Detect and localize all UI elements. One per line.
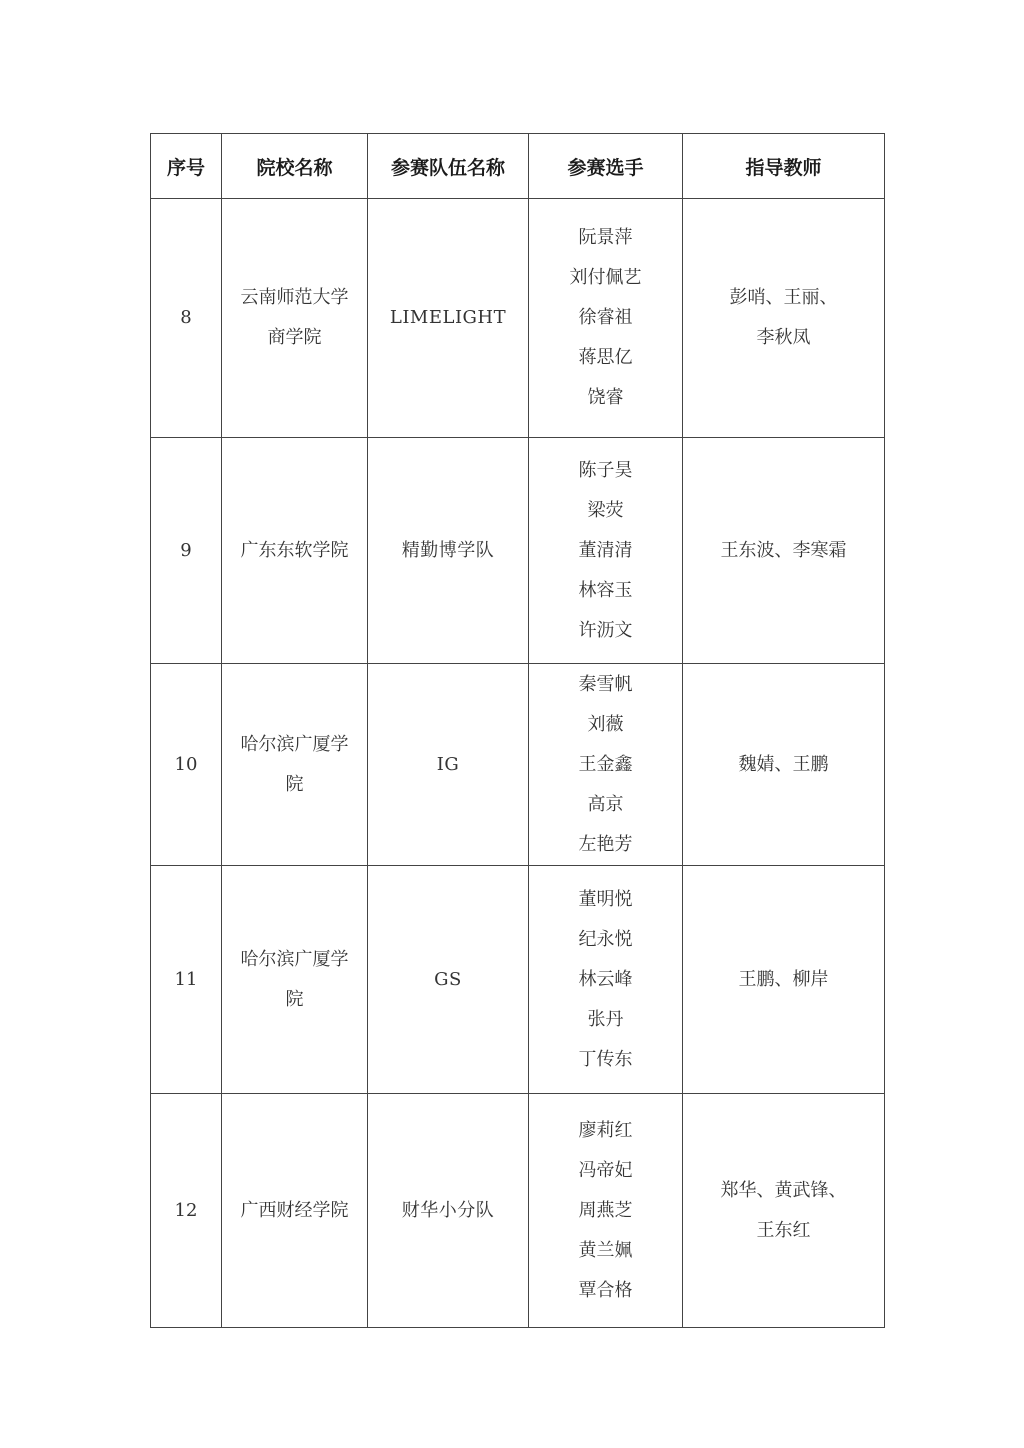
advisors-cell: 王鹏、柳岸: [683, 866, 885, 1094]
school-name: 广西财经学院: [222, 1094, 368, 1328]
advisor-line: 王东红: [689, 1211, 878, 1251]
player-name: 徐睿祖: [535, 298, 676, 338]
team-name: LIMELIGHT: [368, 199, 529, 438]
players-cell: 廖莉红 冯帝妃 周燕芝 黄兰姵 覃合格: [529, 1094, 683, 1328]
table-row: 12 广西财经学院 财华小分队 廖莉红 冯帝妃 周燕芝 黄兰姵 覃合格 郑华、黄…: [151, 1094, 885, 1328]
advisors-cell: 郑华、黄武锋、 王东红: [683, 1094, 885, 1328]
school-name-line: 哈尔滨广厦学: [228, 940, 361, 980]
school-name-line: 云南师范大学: [228, 278, 361, 318]
player-name: 冯帝妃: [535, 1151, 676, 1191]
player-name: 丁传东: [535, 1040, 676, 1080]
player-name: 林云峰: [535, 960, 676, 1000]
player-name: 蒋思亿: [535, 338, 676, 378]
players-cell: 阮景萍 刘付佩艺 徐睿祖 蒋思亿 饶睿: [529, 199, 683, 438]
team-name: GS: [368, 866, 529, 1094]
row-index: 8: [151, 199, 222, 438]
player-name: 高京: [535, 785, 676, 825]
school-name-line: 广西财经学院: [228, 1191, 361, 1231]
advisor-line: 郑华、黄武锋、: [689, 1171, 878, 1211]
player-name: 梁荧: [535, 491, 676, 531]
school-name-line: 广东东软学院: [228, 531, 361, 571]
players-cell: 陈子昊 梁荧 董清清 林容玉 许沥文: [529, 438, 683, 664]
table-row: 11 哈尔滨广厦学 院 GS 董明悦 纪永悦 林云峰 张丹 丁传东 王鹏、柳岸: [151, 866, 885, 1094]
player-name: 黄兰姵: [535, 1231, 676, 1271]
header-school: 院校名称: [222, 134, 368, 199]
player-name: 覃合格: [535, 1271, 676, 1311]
table-row: 8 云南师范大学 商学院 LIMELIGHT 阮景萍 刘付佩艺 徐睿祖 蒋思亿 …: [151, 199, 885, 438]
players-cell: 董明悦 纪永悦 林云峰 张丹 丁传东: [529, 866, 683, 1094]
player-name: 张丹: [535, 1000, 676, 1040]
team-name: 财华小分队: [368, 1094, 529, 1328]
team-name: 精勤博学队: [368, 438, 529, 664]
school-name: 哈尔滨广厦学 院: [222, 664, 368, 866]
header-index: 序号: [151, 134, 222, 199]
player-name: 廖莉红: [535, 1111, 676, 1151]
school-name: 哈尔滨广厦学 院: [222, 866, 368, 1094]
row-index: 10: [151, 664, 222, 866]
player-name: 秦雪帆: [535, 665, 676, 705]
row-index: 12: [151, 1094, 222, 1328]
advisor-line: 王东波、李寒霜: [689, 531, 878, 571]
school-name: 云南师范大学 商学院: [222, 199, 368, 438]
player-name: 陈子昊: [535, 451, 676, 491]
player-name: 刘付佩艺: [535, 258, 676, 298]
advisors-cell: 魏婧、王鹏: [683, 664, 885, 866]
player-name: 林容玉: [535, 571, 676, 611]
school-name: 广东东软学院: [222, 438, 368, 664]
advisors-cell: 彭哨、王丽、 李秋凤: [683, 199, 885, 438]
header-row: 序号 院校名称 参赛队伍名称 参赛选手 指导教师: [151, 134, 885, 199]
player-name: 王金鑫: [535, 745, 676, 785]
team-name: IG: [368, 664, 529, 866]
player-name: 许沥文: [535, 611, 676, 651]
advisor-line: 魏婧、王鹏: [689, 745, 878, 785]
school-name-line: 院: [228, 980, 361, 1020]
player-name: 董明悦: [535, 880, 676, 920]
advisor-line: 王鹏、柳岸: [689, 960, 878, 1000]
row-index: 11: [151, 866, 222, 1094]
player-name: 纪永悦: [535, 920, 676, 960]
table-row: 9 广东东软学院 精勤博学队 陈子昊 梁荧 董清清 林容玉 许沥文 王东波、李寒…: [151, 438, 885, 664]
player-name: 左艳芳: [535, 825, 676, 865]
header-players: 参赛选手: [529, 134, 683, 199]
table-row: 10 哈尔滨广厦学 院 IG 秦雪帆 刘薇 王金鑫 高京 左艳芳 魏婧、王鹏: [151, 664, 885, 866]
school-name-line: 哈尔滨广厦学: [228, 725, 361, 765]
advisor-line: 李秋凤: [689, 318, 878, 358]
header-advisors: 指导教师: [683, 134, 885, 199]
school-name-line: 院: [228, 765, 361, 805]
player-name: 董清清: [535, 531, 676, 571]
player-name: 饶睿: [535, 378, 676, 418]
header-team: 参赛队伍名称: [368, 134, 529, 199]
team-roster-table: 序号 院校名称 参赛队伍名称 参赛选手 指导教师 8 云南师范大学 商学院 LI…: [150, 133, 885, 1328]
advisors-cell: 王东波、李寒霜: [683, 438, 885, 664]
player-name: 周燕芝: [535, 1191, 676, 1231]
row-index: 9: [151, 438, 222, 664]
advisor-line: 彭哨、王丽、: [689, 278, 878, 318]
school-name-line: 商学院: [228, 318, 361, 358]
players-cell: 秦雪帆 刘薇 王金鑫 高京 左艳芳: [529, 664, 683, 866]
player-name: 阮景萍: [535, 218, 676, 258]
player-name: 刘薇: [535, 705, 676, 745]
